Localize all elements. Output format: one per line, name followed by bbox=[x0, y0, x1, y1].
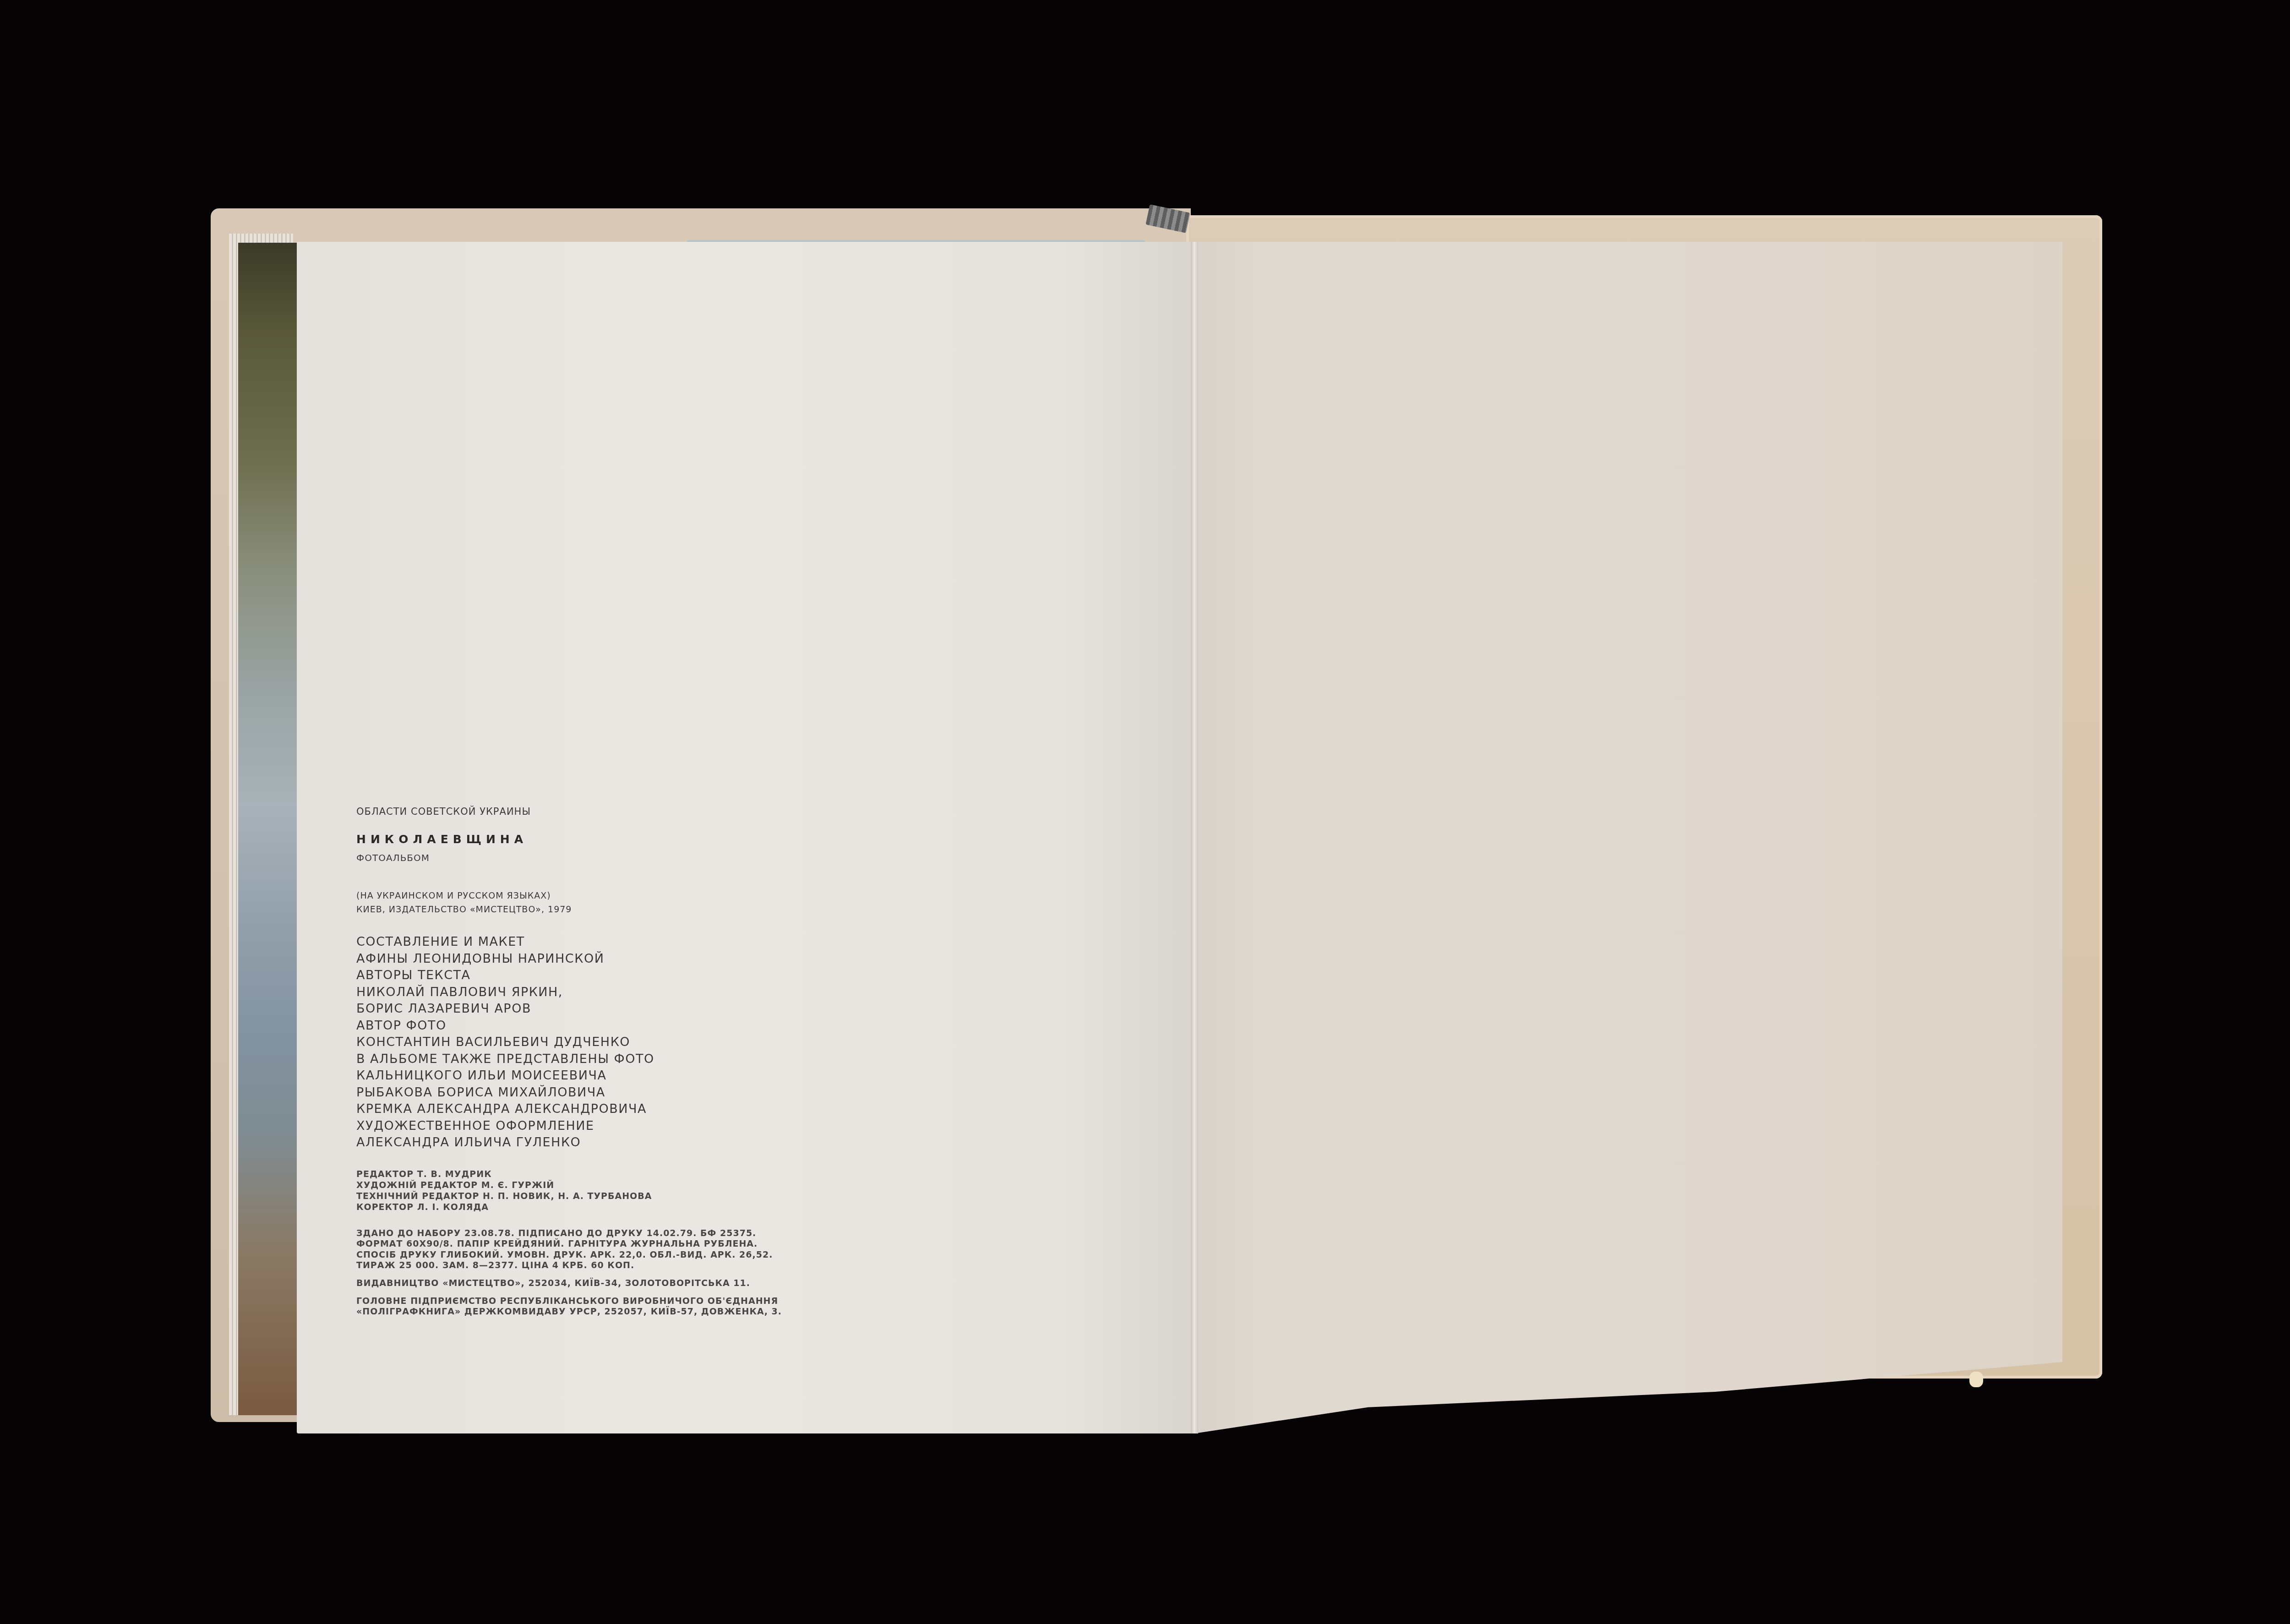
editor-line: ТЕХНІЧНИЙ РЕДАКТОР Н. П. НОВИК, Н. А. ТУ… bbox=[356, 1191, 860, 1202]
credit-line: АФИНЫ ЛЕОНИДОВНЫ НАРИНСКОЙ bbox=[356, 951, 860, 968]
credit-line: КОНСТАНТИН ВАСИЛЬЕВИЧ ДУДЧЕНКО bbox=[356, 1034, 860, 1051]
credit-line: НИКОЛАЙ ПАВЛОВИЧ ЯРКИН, bbox=[356, 984, 860, 1001]
book-subtitle: ФОТОАЛЬБОМ bbox=[356, 852, 860, 863]
bookmark-ribbon bbox=[1969, 1372, 1983, 1387]
print-detail-line: СПОСІБ ДРУКУ ГЛИБОКИЙ. УМОВН. ДРУК. АРК.… bbox=[356, 1250, 860, 1261]
credit-line: КАЛЬНИЦКОГО ИЛЬИ МОИСЕЕВИЧА bbox=[356, 1068, 860, 1084]
book-title: НИКОЛАЕВЩИНА bbox=[356, 833, 860, 846]
print-detail-line: ФОРМАТ 60Х90/8. ПАПІР КРЕЙДЯНИЙ. ГАРНІТУ… bbox=[356, 1239, 860, 1250]
editor-line: КОРЕКТОР Л. І. КОЛЯДА bbox=[356, 1202, 860, 1213]
printer-block: ГОЛОВНЕ ПІДПРИЄМСТВО РЕСПУБЛІКАНСЬКОГО В… bbox=[356, 1296, 860, 1318]
credit-line: АВТОР ФОТО bbox=[356, 1018, 860, 1035]
credit-line: АЛЕКСАНДРА ИЛЬИЧА ГУЛЕНКО bbox=[356, 1134, 860, 1151]
credit-line: СОСТАВЛЕНИЕ И МАКЕТ bbox=[356, 934, 860, 951]
credit-line: РЫБАКОВА БОРИСА МИХАЙЛОВИЧА bbox=[356, 1084, 860, 1101]
print-detail-line: ТИРАЖ 25 000. ЗАМ. 8—2377. ЦІНА 4 КРБ. 6… bbox=[356, 1260, 860, 1271]
print-details-block: ЗДАНО ДО НАБОРУ 23.08.78. ПІДПИСАНО ДО Д… bbox=[356, 1228, 860, 1271]
credit-line: АВТОРЫ ТЕКСТА bbox=[356, 967, 860, 984]
credit-line: КРЕМКА АЛЕКСАНДРА АЛЕКСАНДРОВИЧА bbox=[356, 1101, 860, 1118]
editor-line: РЕДАКТОР Т. В. МУДРИК bbox=[356, 1169, 860, 1180]
imprint: КИЕВ, ИЗДАТЕЛЬСТВО «МИСТЕЦТВО», 1979 bbox=[356, 903, 860, 916]
printer-line: ГОЛОВНЕ ПІДПРИЄМСТВО РЕСПУБЛІКАНСЬКОГО В… bbox=[356, 1296, 860, 1307]
editor-line: ХУДОЖНІЙ РЕДАКТОР М. Є. ГУРЖІЙ bbox=[356, 1180, 860, 1191]
editors-block: РЕДАКТОР Т. В. МУДРИК ХУДОЖНІЙ РЕДАКТОР … bbox=[356, 1169, 860, 1213]
publisher-address: ВИДАВНИЦТВО «МИСТЕЦТВО», 252034, КИЇВ-34… bbox=[356, 1278, 860, 1289]
series-title: ОБЛАСТИ СОВЕТСКОЙ УКРАИНЫ bbox=[356, 806, 860, 817]
colophon: ОБЛАСТИ СОВЕТСКОЙ УКРАИНЫ НИКОЛАЕВЩИНА Ф… bbox=[356, 806, 860, 1318]
credit-line: В АЛЬБОМЕ ТАКЖЕ ПРЕДСТАВЛЕНЫ ФОТО bbox=[356, 1051, 860, 1068]
credits-block: СОСТАВЛЕНИЕ И МАКЕТ АФИНЫ ЛЕОНИДОВНЫ НАР… bbox=[356, 934, 860, 1151]
book-gutter bbox=[1191, 242, 1198, 1433]
credit-line: ХУДОЖЕСТВЕННОЕ ОФОРМЛЕНИЕ bbox=[356, 1118, 860, 1135]
publisher-line: ВИДАВНИЦТВО «МИСТЕЦТВО», 252034, КИЇВ-34… bbox=[356, 1278, 860, 1289]
photo-page-edge bbox=[238, 243, 298, 1415]
language-note: (НА УКРАИНСКОМ И РУССКОМ ЯЗЫКАХ) bbox=[356, 889, 860, 903]
right-page-endpaper[interactable] bbox=[1194, 242, 2062, 1433]
credit-line: БОРИС ЛАЗАРЕВИЧ АРОВ bbox=[356, 1001, 860, 1018]
print-detail-line: ЗДАНО ДО НАБОРУ 23.08.78. ПІДПИСАНО ДО Д… bbox=[356, 1228, 860, 1239]
printer-line: «ПОЛІГРАФКНИГА» ДЕРЖКОМВИДАВУ УРСР, 2520… bbox=[356, 1307, 860, 1318]
